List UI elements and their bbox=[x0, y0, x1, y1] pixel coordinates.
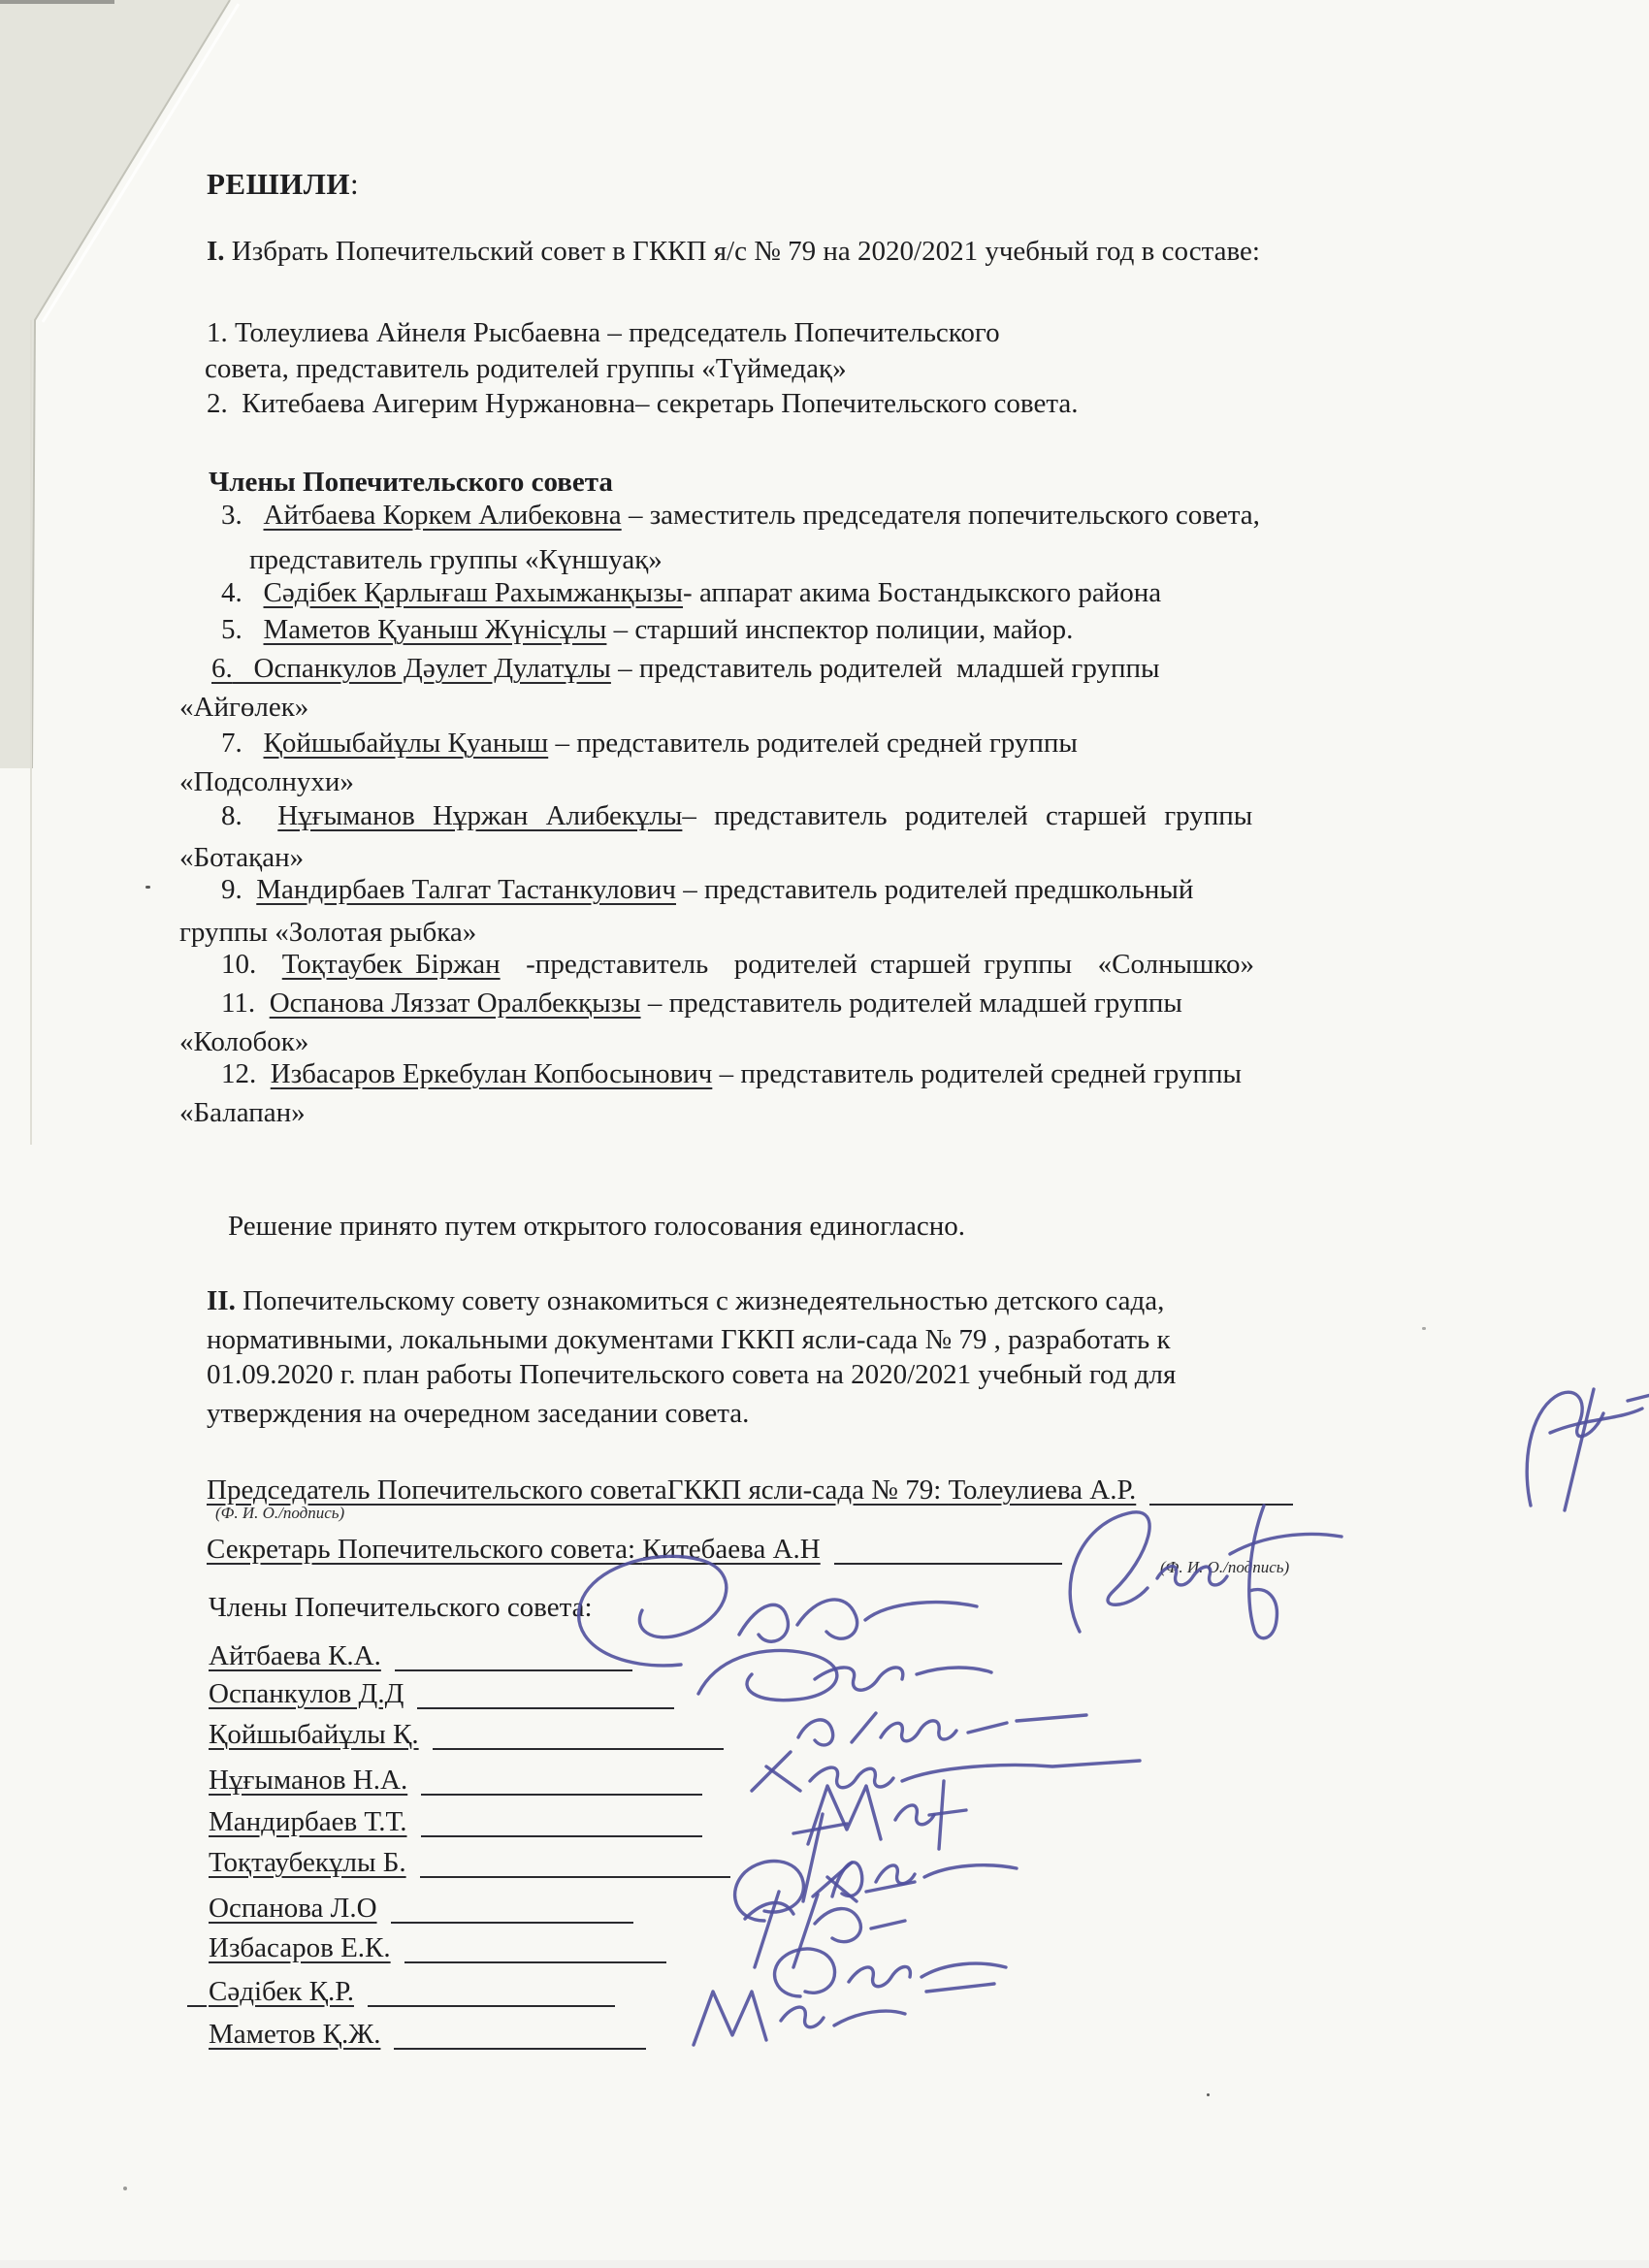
item-1-line2: совета, представитель родителей группы «… bbox=[205, 353, 847, 385]
item-number: 4. bbox=[221, 577, 242, 608]
member-desc: – старший инспектор полиции, майор. bbox=[606, 614, 1073, 645]
member-desc-cont: «Колобок» bbox=[179, 1026, 308, 1057]
item-number: 5. bbox=[221, 614, 242, 645]
page-title: РЕШИЛИ: bbox=[207, 167, 359, 202]
signature-kitebaeva-ink bbox=[1046, 1486, 1356, 1641]
sig-row-mametov: Маметов Қ.Ж. bbox=[209, 2013, 646, 2051]
sig-row-ospanova: Оспанова Л.О bbox=[209, 1887, 633, 1925]
member-name: Оспанкулов Дәулет Дулатұлы bbox=[254, 653, 611, 684]
member-name: Тоқтаубек Біржан bbox=[282, 949, 501, 980]
section1-roman: I. bbox=[207, 236, 225, 267]
scan-speck bbox=[145, 886, 150, 889]
members-heading: Члены Попечительского совета bbox=[209, 467, 613, 499]
member-item-8: 8. Нұғыманов Нұржан Алибекұлы– представи… bbox=[221, 800, 1252, 832]
sig-row-izbasarov: Избасаров Е.К. bbox=[209, 1927, 666, 1964]
item-1-line1: 1. Толеулиева Айнеля Рысбаевна – председ… bbox=[207, 317, 1000, 349]
signer-name: Избасаров Е.К. bbox=[209, 1932, 391, 1963]
section2-text: утверждения на очередном заседании совет… bbox=[207, 1398, 749, 1429]
signer-name: Нұғыманов Н.А. bbox=[209, 1765, 407, 1796]
fio-caption-left: (Ф. И. О./подпись) bbox=[215, 1504, 344, 1523]
member-item-10: 10. Тоқтаубек Біржан -представитель роди… bbox=[221, 949, 1254, 981]
section2-text: Попечительскому совету ознакомиться с жи… bbox=[236, 1285, 1165, 1316]
sig-row-toktaubekuly: Тоқтаубекұлы Б. bbox=[209, 1841, 730, 1879]
member-name: Маметов Қуаныш Жүнісұлы bbox=[264, 614, 607, 645]
member-item-5: 5. Маметов Қуаныш Жүнісұлы – старший инс… bbox=[221, 614, 1073, 646]
scan-bottom-edge bbox=[0, 2260, 1649, 2268]
signer-name: Оспанова Л.О bbox=[209, 1893, 377, 1924]
scan-speck bbox=[1207, 2093, 1210, 2096]
member-desc-cont: «Айгөлек» bbox=[179, 692, 308, 723]
chairman-label: Председатель Попечительского советаГККП … bbox=[207, 1474, 949, 1506]
members-heading-text: Члены Попечительского совета bbox=[209, 467, 613, 498]
item-number: 8. bbox=[221, 800, 242, 831]
signature-blank-line bbox=[417, 1679, 674, 1709]
member-item-6: 6. Оспанкулов Дәулет Дулатұлы – представ… bbox=[211, 653, 1159, 685]
section2-roman: II. bbox=[207, 1285, 236, 1316]
sig-row-nugymanov: Нұғыманов Н.А. bbox=[209, 1759, 702, 1797]
member-item-9-cont: группы «Золотая рыбка» bbox=[179, 917, 476, 949]
signer-name: Тоқтаубекұлы Б. bbox=[209, 1847, 406, 1878]
signer-name: Маметов Қ.Ж. bbox=[209, 2019, 380, 2050]
member-name: Айтбаева Коркем Алибековна bbox=[264, 500, 622, 531]
signature-blank-line bbox=[391, 1894, 633, 1924]
fio-caption-text: (Ф. И. О./подпись) bbox=[215, 1504, 344, 1522]
item-number: 11. bbox=[221, 988, 255, 1019]
member-desc: – представитель родителей средней группы bbox=[548, 728, 1078, 759]
member-desc: – заместитель председателя попечительско… bbox=[622, 500, 1260, 531]
decision-note: Решение принято путем открытого голосова… bbox=[228, 1211, 965, 1243]
decision-heading-colon: : bbox=[350, 167, 359, 201]
item-number: 12. bbox=[221, 1058, 256, 1089]
member-name: Избасаров Еркебулан Копбосынович bbox=[271, 1058, 713, 1089]
member-item-12: 12. Избасаров Еркебулан Копбосынович – п… bbox=[221, 1058, 1242, 1090]
member-item-7-cont: «Подсолнухи» bbox=[179, 766, 354, 798]
member-desc: -представитель родителей старшей группы … bbox=[501, 949, 1254, 980]
section2-line2: нормативными, локальными документами ГКК… bbox=[207, 1324, 1171, 1356]
sig-row-mandirbaev: Мандирбаев Т.Т. bbox=[209, 1800, 702, 1838]
signer-name: Оспанкулов Д.Д bbox=[209, 1678, 404, 1709]
member-item-6-cont: «Айгөлек» bbox=[179, 692, 308, 724]
member-item-4: 4. Сәдібек Қарлығаш Рахымжанқызы- аппара… bbox=[221, 577, 1161, 609]
signature-mametov-ink bbox=[674, 1977, 917, 2064]
section2-text: 01.09.2020 г. план работы Попечительског… bbox=[207, 1359, 1176, 1390]
member-name: Оспанова Ляззат Оралбекқызы bbox=[270, 988, 641, 1019]
signer-name: Сәдібек Қ.Р. bbox=[209, 1976, 354, 2007]
item-number: 6. bbox=[211, 653, 233, 684]
member-desc-cont: «Ботақан» bbox=[179, 842, 304, 873]
signature-blank-line bbox=[421, 1766, 702, 1796]
item-number: 9. bbox=[221, 874, 242, 905]
member-item-11: 11. Оспанова Ляззат Оралбекқызы – предст… bbox=[221, 988, 1182, 1020]
member-name: Нұғыманов Нұржан Алибекұлы bbox=[277, 800, 682, 831]
member-name: Қойшыбайұлы Қуаныш bbox=[264, 728, 549, 759]
sig-row-sadibek: Сәдібек Қ.Р. bbox=[187, 1970, 615, 2008]
scanned-page: РЕШИЛИ: I. Избрать Попечительский совет … bbox=[0, 0, 1649, 2268]
section2-line4: утверждения на очередном заседании совет… bbox=[207, 1398, 749, 1430]
member-desc-cont: «Балапан» bbox=[179, 1097, 306, 1128]
section1-intro: I. Избрать Попечительский совет в ГККП я… bbox=[207, 236, 1260, 268]
member-item-3: 3. Айтбаева Коркем Алибековна – заместит… bbox=[221, 500, 1260, 532]
signature-blank-line bbox=[394, 2020, 646, 2050]
item-2: 2. Китебаева Аигерим Нуржановна– секрета… bbox=[207, 388, 1078, 420]
member-desc-cont: «Подсолнухи» bbox=[179, 766, 354, 797]
item-2-text: 2. Китебаева Аигерим Нуржановна– секрета… bbox=[207, 388, 1078, 419]
member-desc-cont: группы «Золотая рыбка» bbox=[179, 917, 476, 948]
item-number: 10. bbox=[221, 949, 256, 980]
member-name: Мандирбаев Талгат Тастанкулович bbox=[256, 874, 676, 905]
section1-intro-text: Избрать Попечительский совет в ГККП я/с … bbox=[225, 236, 1260, 267]
member-item-12-cont: «Балапан» bbox=[179, 1097, 306, 1129]
member-item-8-cont: «Ботақан» bbox=[179, 842, 304, 874]
member-name: Сәдібек Қарлығаш Рахымжанқызы bbox=[264, 577, 684, 608]
member-desc: – представитель родителей младшей группы bbox=[641, 988, 1182, 1019]
signer-name: Мандирбаев Т.Т. bbox=[209, 1806, 407, 1837]
paper-edge-artifact bbox=[30, 320, 32, 1145]
decision-heading: РЕШИЛИ bbox=[207, 167, 350, 201]
scan-speck bbox=[123, 2187, 127, 2190]
member-desc: – представитель родителей младшей группы bbox=[611, 653, 1160, 684]
item-number: 3. bbox=[221, 500, 242, 531]
member-item-3-cont: представитель группы «Күншуақ» bbox=[249, 544, 663, 576]
member-item-7: 7. Қойшыбайұлы Қуаныш – представитель ро… bbox=[221, 728, 1078, 760]
section2-text: нормативными, локальными документами ГКК… bbox=[207, 1324, 1171, 1355]
signer-name: Айтбаева К.А. bbox=[209, 1640, 381, 1671]
signature-blank-line bbox=[404, 1933, 666, 1963]
item-number: 7. bbox=[221, 728, 242, 759]
sig-row-ospankulov: Оспанкулов Д.Д bbox=[209, 1672, 674, 1710]
item-1-cont-text: совета, представитель родителей группы «… bbox=[205, 353, 847, 384]
scan-speck bbox=[1422, 1327, 1426, 1330]
signature-blank-line bbox=[421, 1807, 702, 1837]
member-desc: - аппарат акима Бостандыкского района bbox=[683, 577, 1161, 608]
item-1-text: 1. Толеулиева Айнеля Рысбаевна – председ… bbox=[207, 317, 1000, 348]
decision-note-text: Решение принято путем открытого голосова… bbox=[228, 1211, 965, 1242]
signer-name: Қойшыбайұлы Қ. bbox=[209, 1719, 419, 1750]
member-desc-cont: представитель группы «Күншуақ» bbox=[249, 544, 663, 575]
sig-row-koishybaiuly: Қойшыбайұлы Қ. bbox=[209, 1713, 724, 1751]
section2-line3: 01.09.2020 г. план работы Попечительског… bbox=[207, 1359, 1176, 1391]
section2-line1: II. Попечительскому совету ознакомиться … bbox=[207, 1285, 1164, 1317]
signature-blank-line bbox=[420, 1848, 730, 1878]
member-desc: – представитель родителей предшкольный bbox=[676, 874, 1193, 905]
member-item-9: 9. Мандирбаев Талгат Тастанкулович – пре… bbox=[221, 874, 1193, 906]
signature-blank-line bbox=[368, 1977, 615, 2007]
signature-blank-line bbox=[433, 1720, 724, 1750]
signature-blank-line bbox=[187, 1977, 207, 2007]
member-desc: – представитель родителей средней группы bbox=[712, 1058, 1242, 1089]
member-item-11-cont: «Колобок» bbox=[179, 1026, 308, 1058]
signature-tolleulieva-ink bbox=[1502, 1379, 1649, 1515]
member-desc: – представитель родителей старшей группы bbox=[682, 800, 1252, 831]
